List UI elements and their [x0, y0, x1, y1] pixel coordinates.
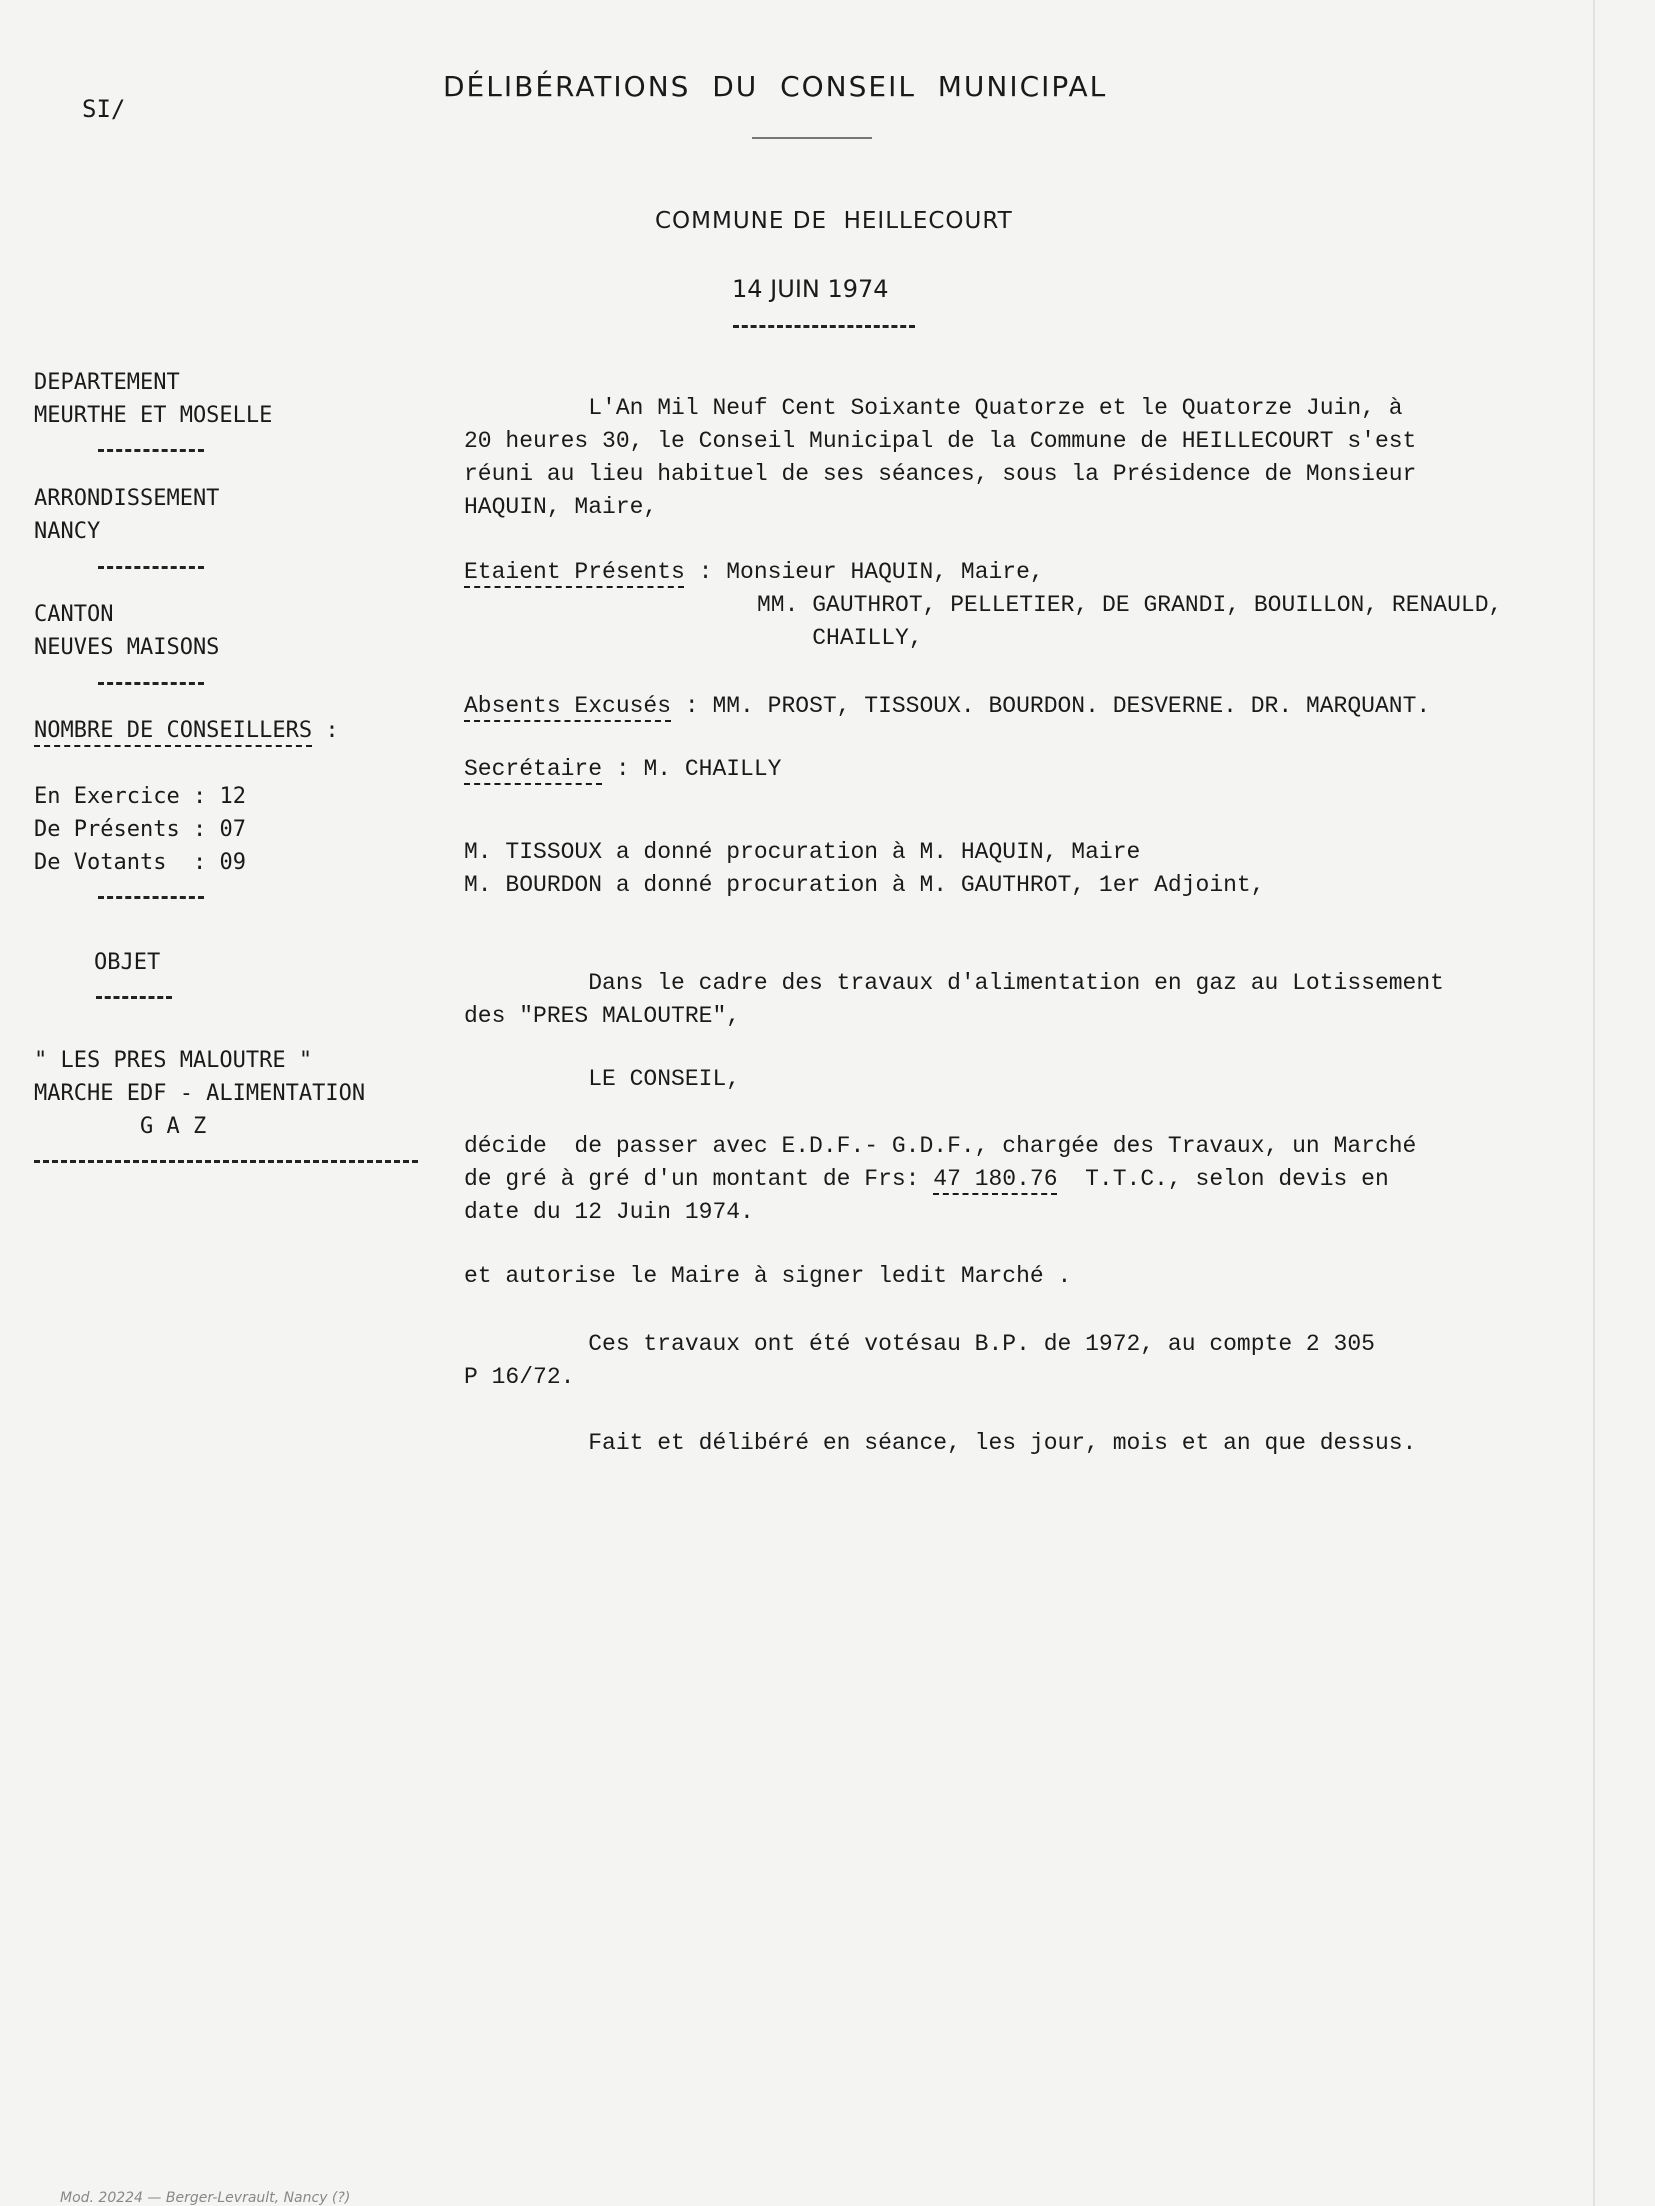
decision-text: T.T.C., selon devis en: [1058, 1166, 1389, 1192]
objet-label: OBJET: [94, 946, 160, 979]
autorise-line: et autorise le Maire à signer ledit Marc…: [464, 1260, 1071, 1293]
procuration-line: M. TISSOUX a donné procuration à M. HAQU…: [464, 836, 1140, 869]
departement-value: MEURTHE ET MOSELLE: [34, 399, 272, 432]
en-exercice-label: En Exercice: [34, 784, 180, 809]
vote-line: Ces travaux ont été votésau B.P. de 1972…: [464, 1328, 1375, 1361]
reference-mark: SI/: [82, 95, 125, 123]
decision-text: de gré à gré d'un montant de Frs:: [464, 1166, 933, 1192]
presents-count-label: De Présents: [34, 817, 180, 842]
votants-value: 09: [219, 850, 246, 875]
sidebar-rule: [98, 566, 204, 569]
title-rule: [752, 137, 872, 139]
printer-imprint: Mod. 20224 — Berger-Levrault, Nancy (?): [60, 2190, 350, 2206]
closing-line: Fait et délibéré en séance, les jour, mo…: [464, 1427, 1416, 1460]
votants-row: De Votants : 09: [34, 846, 246, 879]
decision-line: de gré à gré d'un montant de Frs: 47 180…: [464, 1163, 1389, 1196]
sidebar-rule: [98, 682, 204, 685]
objet-line: G A Z: [34, 1110, 206, 1143]
commune-name: COMMUNE DE HEILLECOURT: [655, 208, 1013, 234]
en-exercice-row: En Exercice : 12: [34, 780, 246, 813]
decision-line: décide de passer avec E.D.F.- G.D.F., ch…: [464, 1130, 1416, 1163]
conseillers-heading: NOMBRE DE CONSEILLERS :: [34, 714, 339, 747]
departement-label: DEPARTEMENT: [34, 366, 180, 399]
en-exercice-value: 12: [219, 784, 246, 809]
objet-line: MARCHE EDF - ALIMENTATION: [34, 1077, 365, 1110]
presents-label: Etaient Présents: [464, 559, 685, 585]
arrondissement-value: NANCY: [34, 515, 100, 548]
procuration-line: M. BOURDON a donné procuration à M. GAUT…: [464, 869, 1265, 902]
document-title: DÉLIBÉRATIONS DU CONSEIL MUNICIPAL: [443, 70, 1107, 103]
canton-label: CANTON: [34, 598, 113, 631]
date-rule: [733, 325, 915, 328]
absents-block: Absents Excusés : MM. PROST, TISSOUX. BO…: [464, 690, 1430, 723]
le-conseil: LE CONSEIL,: [464, 1063, 740, 1096]
context-line: des "PRES MALOUTRE",: [464, 1000, 740, 1033]
votants-label: De Votants: [34, 850, 180, 875]
page-edge: [1593, 0, 1595, 2206]
absents-value: : MM. PROST, TISSOUX. BOURDON. DESVERNE.…: [671, 693, 1430, 719]
presents-line: : Monsieur HAQUIN, Maire,: [685, 559, 1044, 585]
objet-rule: [96, 996, 172, 999]
presents-count-value: 07: [219, 817, 246, 842]
presents-row: De Présents : 07: [34, 813, 246, 846]
vote-line: P 16/72.: [464, 1361, 574, 1394]
intro-line: L'An Mil Neuf Cent Soixante Quatorze et …: [464, 392, 1403, 425]
decision-line: date du 12 Juin 1974.: [464, 1196, 754, 1229]
sidebar-rule: [98, 896, 204, 899]
objet-line: " LES PRES MALOUTRE ": [34, 1044, 312, 1077]
canton-value: NEUVES MAISONS: [34, 631, 219, 664]
sidebar-rule: [98, 449, 204, 452]
context-line: Dans le cadre des travaux d'alimentation…: [464, 967, 1444, 1000]
secretaire-block: Secrétaire : M. CHAILLY: [464, 753, 781, 786]
presents-line: CHAILLY,: [757, 622, 923, 655]
session-date: 14 JUIN 1974: [732, 275, 889, 303]
objet-end-rule: [34, 1160, 418, 1163]
intro-line: 20 heures 30, le Conseil Municipal de la…: [464, 425, 1416, 458]
conseillers-label: NOMBRE DE CONSEILLERS: [34, 718, 312, 743]
presents-block: Etaient Présents : Monsieur HAQUIN, Mair…: [464, 556, 1044, 589]
absents-label: Absents Excusés: [464, 693, 671, 719]
intro-line: HAQUIN, Maire,: [464, 491, 657, 524]
intro-line: réuni au lieu habituel de ses séances, s…: [464, 458, 1416, 491]
conseillers-colon: :: [312, 718, 339, 743]
secretaire-value: : M. CHAILLY: [602, 756, 781, 782]
arrondissement-label: ARRONDISSEMENT: [34, 482, 219, 515]
presents-line: MM. GAUTHROT, PELLETIER, DE GRANDI, BOUI…: [757, 589, 1502, 622]
secretaire-label: Secrétaire: [464, 756, 602, 782]
contract-amount: 47 180.76: [933, 1166, 1057, 1192]
